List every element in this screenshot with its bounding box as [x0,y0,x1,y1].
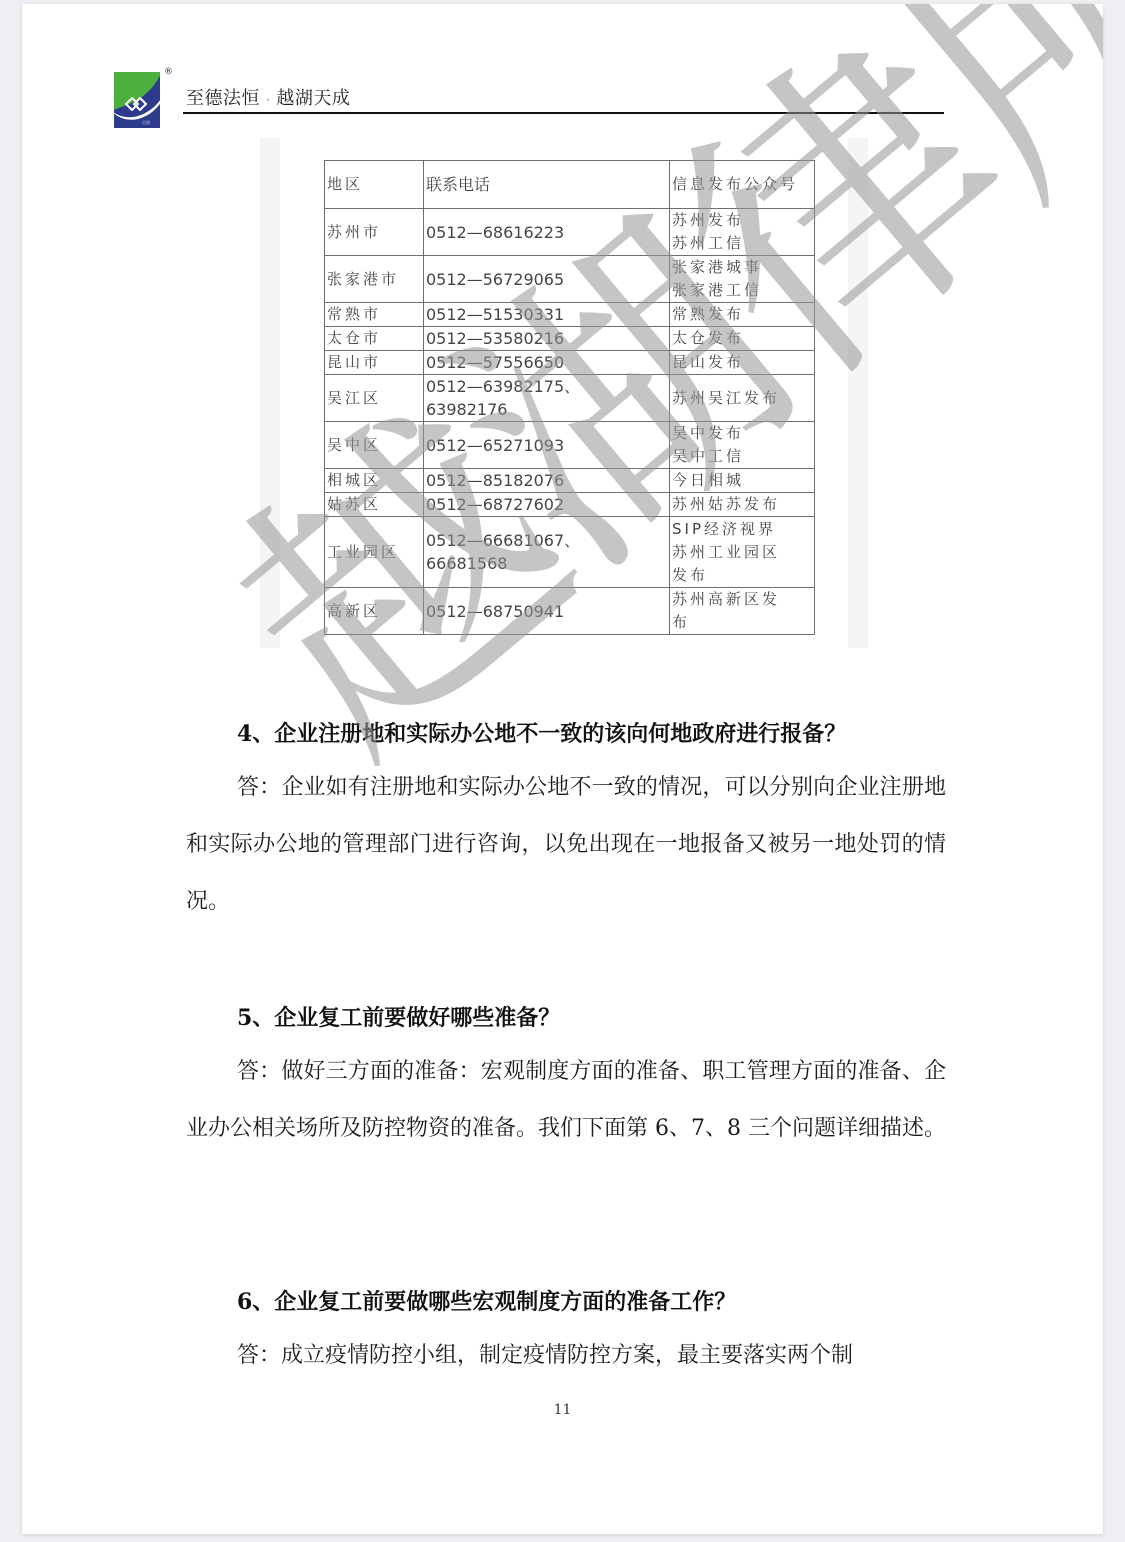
cell-region: 太仓市 [325,327,424,351]
document-page: 至德 ® 至德法恒·越湖天成 地区 联系电话 信息发布公众号 苏州市0512—6… [22,4,1103,1534]
header-title: 至德法恒·越湖天成 [186,84,350,110]
cell-account: 张家港城事 张家港工信 [670,256,815,303]
table-row: 吴中区0512—65271093吴中发布 吴中工信 [325,422,815,469]
logo-caption: 至德 [142,120,150,126]
cell-region: 高新区 [325,588,424,635]
cell-region: 吴中区 [325,422,424,469]
question-6: 6、企业复工前要做哪些宏观制度方面的准备工作？ [237,1285,736,1316]
cell-region: 常熟市 [325,303,424,327]
cell-phone: 0512—85182076 [424,469,670,493]
table-row: 吴江区0512—63982175、 63982176苏州吴江发布 [325,375,815,422]
cell-account: 苏州高新区发 布 [670,588,815,635]
cell-region: 工业园区 [325,517,424,588]
table-row: 太仓市0512—53580216太仓发布 [325,327,815,351]
cell-account: 苏州吴江发布 [670,375,815,422]
brand-right: 越湖天成 [276,88,350,109]
question-4: 4、企业注册地和实际办公地不一致的该向何地政府进行报备？ [237,717,846,748]
question-5: 5、企业复工前要做好哪些准备？ [237,1001,560,1032]
header-phone: 联系电话 [424,161,670,209]
cell-account: 今日相城 [670,469,815,493]
cell-region: 昆山市 [325,351,424,375]
cell-phone: 0512—66681067、 66681568 [424,517,670,588]
cell-phone: 0512—63982175、 63982176 [424,375,670,422]
table-row: 昆山市0512—57556650昆山发布 [325,351,815,375]
cell-account: 常熟发布 [670,303,815,327]
header-divider [183,112,944,114]
law-firm-logo-icon: 至德 [114,72,160,128]
cell-region: 相城区 [325,469,424,493]
registered-mark: ® [164,67,173,77]
cell-phone: 0512—57556650 [424,351,670,375]
answer-6: 答：成立疫情防控小组，制定疫情防控方案，最主要落实两个制 [186,1327,946,1384]
contact-table-image: 地区 联系电话 信息发布公众号 苏州市0512—68616223苏州发布 苏州工… [260,138,868,648]
page-number: 11 [22,1402,1103,1418]
answer-4: 答：企业如有注册地和实际办公地不一致的情况，可以分别向企业注册地和实际办公地的管… [186,759,946,930]
cell-phone: 0512—68616223 [424,209,670,256]
cell-phone: 0512—65271093 [424,422,670,469]
brand-separator: · [266,93,270,107]
cell-account: SIP经济视界 苏州工业园区 发布 [670,517,815,588]
contact-table: 地区 联系电话 信息发布公众号 苏州市0512—68616223苏州发布 苏州工… [324,160,815,635]
header-region: 地区 [325,161,424,209]
table-row: 工业园区0512—66681067、 66681568SIP经济视界 苏州工业园… [325,517,815,588]
cell-account: 吴中发布 吴中工信 [670,422,815,469]
cell-phone: 0512—68727602 [424,493,670,517]
table-row: 张家港市0512—56729065张家港城事 张家港工信 [325,256,815,303]
cell-phone: 0512—68750941 [424,588,670,635]
header-account: 信息发布公众号 [670,161,815,209]
table-row: 高新区0512—68750941苏州高新区发 布 [325,588,815,635]
table-row: 苏州市0512—68616223苏州发布 苏州工信 [325,209,815,256]
cell-account: 苏州发布 苏州工信 [670,209,815,256]
diamond-logo-mark-icon [125,97,149,111]
cell-account: 苏州姑苏发布 [670,493,815,517]
table-row: 常熟市0512—51530331常熟发布 [325,303,815,327]
brand-left: 至德法恒 [186,88,260,109]
answer-5: 答：做好三方面的准备：宏观制度方面的准备、职工管理方面的准备、企业办公相关场所及… [186,1043,946,1157]
cell-region: 张家港市 [325,256,424,303]
cell-account: 昆山发布 [670,351,815,375]
table-row: 相城区0512—85182076今日相城 [325,469,815,493]
cell-region: 苏州市 [325,209,424,256]
cell-region: 吴江区 [325,375,424,422]
table-row: 姑苏区0512—68727602苏州姑苏发布 [325,493,815,517]
cell-phone: 0512—51530331 [424,303,670,327]
table-header-row: 地区 联系电话 信息发布公众号 [325,161,815,209]
cell-phone: 0512—56729065 [424,256,670,303]
cell-account: 太仓发布 [670,327,815,351]
cell-region: 姑苏区 [325,493,424,517]
cell-phone: 0512—53580216 [424,327,670,351]
